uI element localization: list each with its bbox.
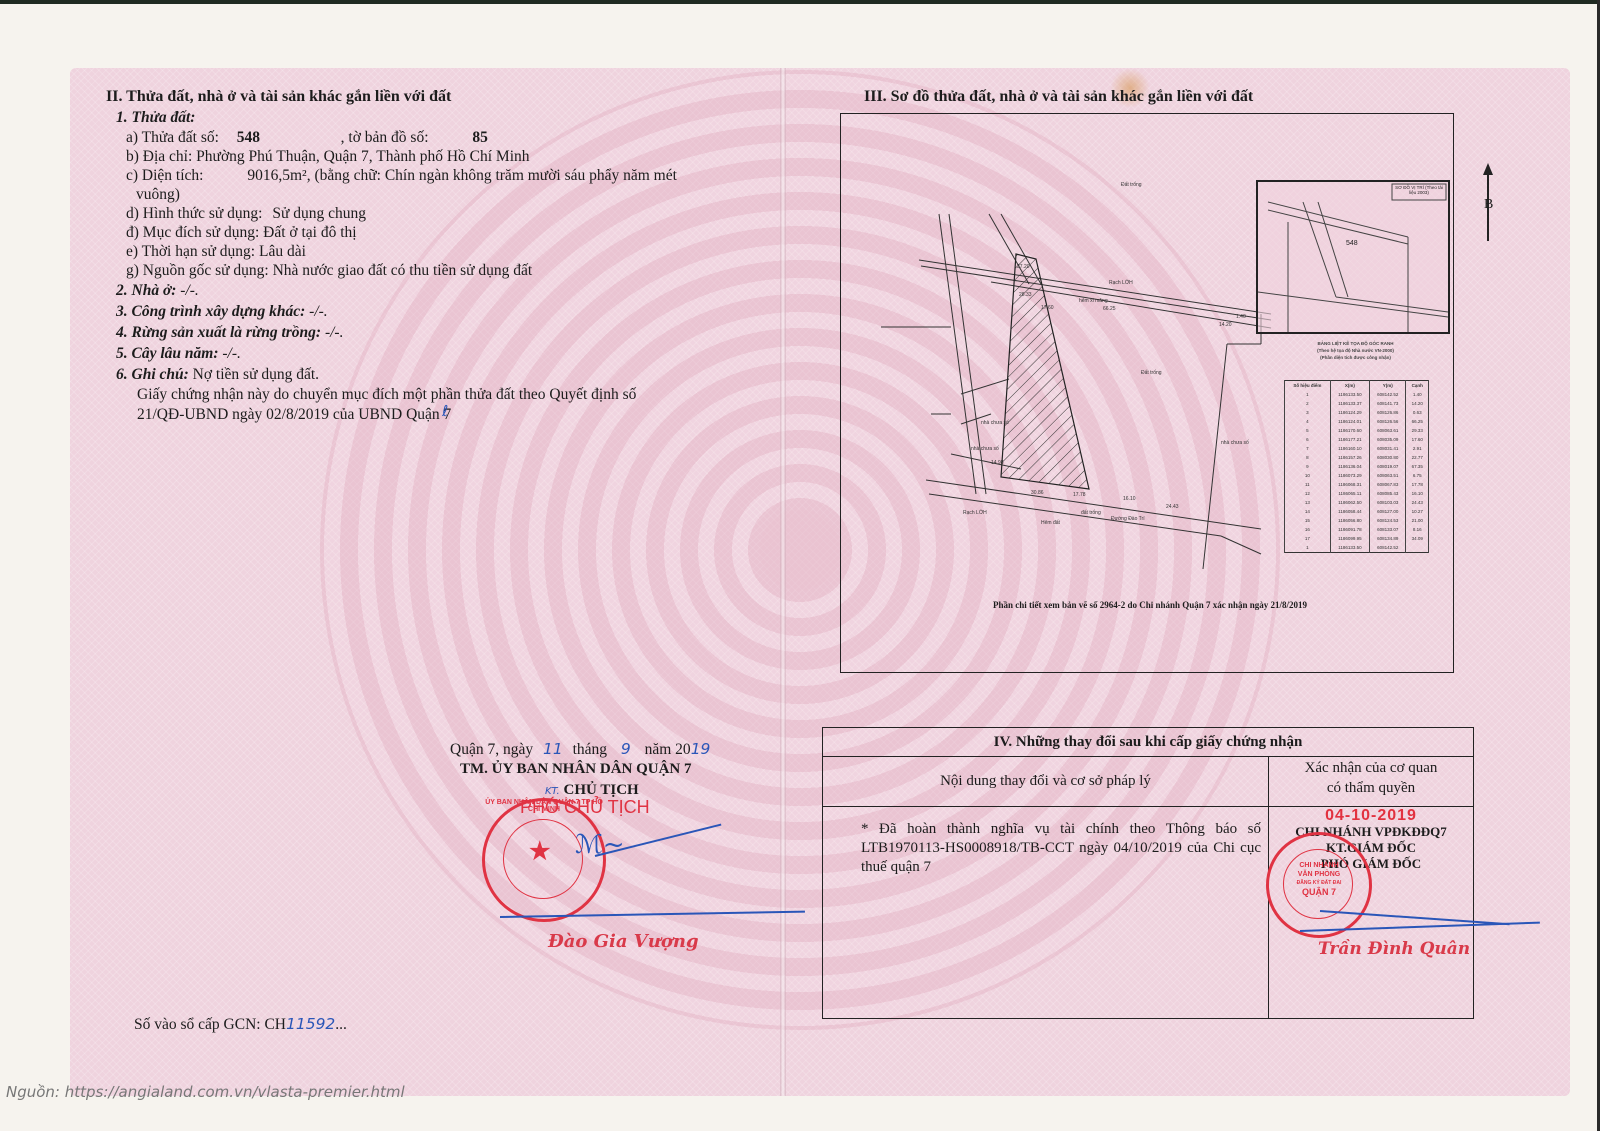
col-x: X(m): [1330, 381, 1369, 391]
coord-y: 608030.80: [1370, 453, 1406, 462]
coord-point: 14: [1285, 507, 1331, 516]
house-row: 2. Nhà ở: -/-.: [116, 281, 199, 300]
notes-detail-2: 21/QĐ-UBND ngày 02/8/2019 của UBND Quận …: [137, 405, 451, 424]
location-inset-map: SƠ ĐỒ VỊ TRÍ (Theo tài liệu 2003) 548: [1256, 180, 1450, 334]
coord-edge: 8.16: [1406, 525, 1429, 534]
coord-y: 608126.86: [1370, 408, 1406, 417]
coord-x: 1186062.50: [1330, 498, 1369, 507]
coord-table-title: BẢNG LIỆT KÊ TỌA ĐỘ GÓC RANH: [1288, 340, 1423, 347]
coord-row: 171186099.95608134.8934.09: [1285, 534, 1429, 543]
date-month: 9: [611, 740, 641, 758]
coord-edge: 6.75: [1406, 471, 1429, 480]
coord-y: 608133.07: [1370, 525, 1406, 534]
coord-row: 71186160.10608031.412.91: [1285, 444, 1429, 453]
coord-edge: 29.33: [1406, 426, 1429, 435]
coord-row: 81186157.26608030.8022.77: [1285, 453, 1429, 462]
coord-point: 4: [1285, 417, 1331, 426]
other-construction-label: 3. Công trình xây dựng khác:: [116, 303, 305, 320]
land-heading: 1. Thửa đất:: [116, 108, 195, 127]
coord-row: 21186133.37608141.7314.20: [1285, 399, 1429, 408]
perennial-row: 5. Cây lâu năm: -/-.: [116, 344, 241, 363]
address-row: b) Địa chỉ: Phường Phú Thuận, Quận 7, Th…: [126, 147, 530, 166]
coord-edge: 34.09: [1406, 534, 1429, 543]
registry-label: Số vào sổ cấp GCN: CH: [134, 1016, 286, 1033]
coord-x: 1186160.10: [1330, 444, 1369, 453]
use-purpose-label: đ) Mục đích sử dụng:: [126, 224, 259, 241]
use-purpose-row: đ) Mục đích sử dụng: Đất ở tại đô thị: [126, 223, 357, 242]
coord-x: 1186133.50: [1330, 390, 1369, 399]
parcel-label: a) Thửa đất số:: [126, 129, 219, 146]
area-value-cont: vuông): [136, 185, 180, 204]
coord-edge: 21.00: [1406, 516, 1429, 525]
coord-point: 3: [1285, 408, 1331, 417]
date-year: 19: [691, 740, 711, 758]
svg-text:nhà chưa số: nhà chưa số: [981, 420, 1009, 426]
coord-row: 121186065.11608085.4316.10: [1285, 489, 1429, 498]
address-value: Phường Phú Thuận, Quận 7, Thành phố Hồ C…: [196, 148, 529, 165]
coord-row: 11186133.50608142.52: [1285, 543, 1429, 553]
coord-x: 1186091.78: [1330, 525, 1369, 534]
other-construction-value: -/-.: [309, 303, 328, 320]
seal-text: ỦY BAN NHÂN DÂN QUẬN 7 TP HỒ CHÍ MINH: [485, 799, 603, 813]
coord-x: 1186068.31: [1330, 480, 1369, 489]
coord-edge: 1.40: [1406, 390, 1429, 399]
coord-x: 1186056.80: [1330, 516, 1369, 525]
coord-x: 1186170.60: [1330, 426, 1369, 435]
house-value: -/-.: [180, 282, 199, 299]
coord-point: 12: [1285, 489, 1331, 498]
page-fold: [780, 68, 786, 1096]
coord-point: 2: [1285, 399, 1331, 408]
coord-table-subtitle: (Theo hệ tọa độ Nhà nước VN-2000): [1288, 347, 1423, 354]
map-label-road-top: Rạch LỚH: [1109, 279, 1133, 286]
area-label: c) Diện tích:: [126, 167, 203, 184]
coord-x: 1186124.01: [1330, 417, 1369, 426]
forest-row: 4. Rừng sản xuất là rừng trồng: -/-.: [116, 323, 343, 342]
coord-x: 1186065.11: [1330, 489, 1369, 498]
coord-edge: 16.10: [1406, 489, 1429, 498]
coord-edge: 24.43: [1406, 498, 1429, 507]
svg-text:37.20: 37.20: [1017, 264, 1030, 270]
svg-text:hẻm xi măng: hẻm xi măng: [1079, 298, 1108, 304]
coord-y: 608063.51: [1370, 471, 1406, 480]
svg-text:14.20: 14.20: [1219, 322, 1232, 328]
col-authority-line2: có thẩm quyền: [1269, 778, 1473, 798]
coord-edge: 67.35: [1406, 462, 1429, 471]
coord-edge: 66.25: [1406, 417, 1429, 426]
coord-point: 8: [1285, 453, 1331, 462]
seal-line-4: QUẬN 7: [1289, 888, 1349, 897]
svg-text:1.40: 1.40: [1236, 314, 1246, 320]
svg-text:30.86: 30.86: [1031, 490, 1044, 496]
map-sheet-number: 85: [432, 129, 488, 146]
parcel-row: a) Thửa đất số: 548 , tờ bản đồ số: 85: [126, 128, 488, 147]
svg-text:66.25: 66.25: [1103, 306, 1116, 312]
registry-number: 11592: [286, 1015, 335, 1033]
use-form-row: d) Hình thức sử dụng: Sử dụng chung: [126, 204, 366, 223]
perennial-label: 5. Cây lâu năm:: [116, 345, 218, 362]
coord-point: 1: [1285, 390, 1331, 399]
col-authority-header: Xác nhận của cơ quan có thẩm quyền: [1269, 758, 1473, 798]
coordinate-table: Số hiệu điểm X(m) Y(m) Cạnh 11186133.506…: [1284, 380, 1429, 553]
star-icon: ★: [529, 837, 551, 866]
col-point: Số hiệu điểm: [1285, 381, 1331, 391]
use-purpose-value: Đất ở tại đô thị: [263, 224, 356, 241]
date-month-label: tháng: [573, 741, 607, 758]
svg-text:Rạch LỚH: Rạch LỚH: [963, 509, 987, 516]
changes-title: IV. Những thay đổi sau khi cấp giấy chứn…: [823, 728, 1473, 757]
notes-row: 6. Ghi chú: Nợ tiền sử dụng đất.: [116, 365, 319, 384]
date-day: 11: [537, 740, 569, 758]
coord-point: 15: [1285, 516, 1331, 525]
coord-point: 1: [1285, 543, 1331, 553]
coord-x: 1186058.44: [1330, 507, 1369, 516]
coord-x: 1186177.21: [1330, 435, 1369, 444]
other-construction-row: 3. Công trình xây dựng khác: -/-.: [116, 302, 328, 321]
coord-row: 131186062.50608103.0324.43: [1285, 498, 1429, 507]
coord-table-body: 11186133.50608142.521.4021186133.3760814…: [1285, 390, 1429, 553]
coord-y: 608085.43: [1370, 489, 1406, 498]
issuing-authority: TM. ỦY BAN NHÂN DÂN QUẬN 7: [460, 760, 692, 779]
signer-name: Đào Gia Vượng: [548, 932, 699, 951]
origin-row: g) Nguồn gốc sử dụng: Nhà nước giao đất …: [126, 261, 532, 280]
notes-detail-1: Giấy chứng nhận này do chuyển mục đích m…: [137, 385, 636, 404]
coord-y: 608124.53: [1370, 516, 1406, 525]
svg-text:14.98: 14.98: [991, 460, 1004, 466]
coord-y: 608142.52: [1370, 390, 1406, 399]
coord-y: 608063.61: [1370, 426, 1406, 435]
scan-top-edge: [0, 0, 1600, 4]
signer-title: CHỦ TỊCH: [564, 782, 639, 798]
district-seal: ★ ỦY BAN NHÂN DÂN QUẬN 7 TP HỒ CHÍ MINH: [482, 798, 606, 922]
use-form-value: Sử dụng chung: [266, 205, 366, 222]
coord-table-caption: BẢNG LIỆT KÊ TỌA ĐỘ GÓC RANH (Theo hệ tọ…: [1288, 340, 1423, 361]
coord-point: 10: [1285, 471, 1331, 480]
issue-date: Quận 7, ngày 11 tháng 9 năm 2019: [450, 740, 710, 759]
notes-value: Nợ tiền sử dụng đất.: [193, 366, 319, 383]
coord-edge: 14.20: [1406, 399, 1429, 408]
coord-row: 11186133.50608142.521.40: [1285, 390, 1429, 399]
parcel-number: 548: [223, 128, 337, 147]
coord-y: 608019.07: [1370, 462, 1406, 471]
coord-row: 91186136.04608019.0767.35: [1285, 462, 1429, 471]
inset-parcel-number: 548: [1346, 240, 1358, 247]
col-y: Y(m): [1370, 381, 1406, 391]
coord-y: 608127.00: [1370, 507, 1406, 516]
coord-x: 1186133.50: [1330, 543, 1369, 553]
coord-edge: 10.27: [1406, 507, 1429, 516]
coord-point: 11: [1285, 480, 1331, 489]
address-label: b) Địa chỉ:: [126, 148, 192, 165]
coord-edge: 2.91: [1406, 444, 1429, 453]
coord-row: 41186124.01608126.5666.25: [1285, 417, 1429, 426]
coord-y: 608141.73: [1370, 399, 1406, 408]
coord-point: 16: [1285, 525, 1331, 534]
coord-y: 608103.03: [1370, 498, 1406, 507]
coord-point: 5: [1285, 426, 1331, 435]
svg-text:nhà chưa số: nhà chưa số: [1221, 440, 1249, 446]
registry-row: Số vào sổ cấp GCN: CH11592...: [134, 1015, 347, 1034]
notes-label: 6. Ghi chú:: [116, 366, 189, 383]
coord-edge: 17.78: [1406, 480, 1429, 489]
svg-text:17.78: 17.78: [1073, 492, 1086, 498]
north-label: B: [1484, 195, 1493, 214]
coord-y: 608035.09: [1370, 435, 1406, 444]
coord-row: 51186170.60608063.6129.33: [1285, 426, 1429, 435]
signature-scribble: ℳ~: [575, 836, 625, 855]
section-ii-title: II. Thửa đất, nhà ở và tài sản khác gắn …: [106, 87, 451, 106]
handwritten-initial: ℓ: [442, 402, 448, 421]
coord-point: 17: [1285, 534, 1331, 543]
svg-text:16.10: 16.10: [1123, 496, 1136, 502]
forest-label: 4. Rừng sản xuất là rừng trồng:: [116, 324, 321, 341]
seal-line-1: CHI NHÁNH: [1289, 861, 1349, 870]
coord-point: 13: [1285, 498, 1331, 507]
coord-row: 61186177.21608035.0917.60: [1285, 435, 1429, 444]
area-row: c) Diện tích: 9016,5m², (bằng chữ: Chín …: [126, 166, 677, 185]
col-edge: Cạnh: [1406, 381, 1429, 391]
coord-row: 141186058.44608127.0010.27: [1285, 507, 1429, 516]
registry-signer-name: Trần Đình Quân: [1318, 940, 1470, 959]
forest-value: -/-.: [325, 324, 344, 341]
coord-x: 1186133.37: [1330, 399, 1369, 408]
date-prefix: Quận 7, ngày: [450, 741, 533, 758]
inset-title: SƠ ĐỒ VỊ TRÍ (Theo tài liệu 2003): [1392, 185, 1446, 195]
origin-value: Nhà nước giao đất có thu tiền sử dụng đấ…: [273, 262, 533, 279]
coord-edge: [1406, 543, 1429, 553]
signer-prefix: KT.: [545, 786, 560, 797]
seal-lines: CHI NHÁNH VĂN PHÒNG ĐĂNG KÝ ĐẤT ĐAI QUẬN…: [1289, 861, 1349, 897]
coord-edge: 22.77: [1406, 453, 1429, 462]
changes-table: IV. Những thay đổi sau khi cấp giấy chứn…: [822, 727, 1474, 1019]
use-term-row: e) Thời hạn sử dụng: Lâu dài: [126, 242, 306, 261]
coord-x: 1186124.29: [1330, 408, 1369, 417]
coord-y: 608134.89: [1370, 534, 1406, 543]
perennial-value: -/-.: [222, 345, 241, 362]
source-caption: Nguồn: https://angialand.com.vn/vlasta-p…: [6, 1083, 405, 1101]
stamp-date: 04-10-2019: [1269, 808, 1473, 824]
coord-edge: 17.60: [1406, 435, 1429, 444]
coord-table-header: Số hiệu điểm X(m) Y(m) Cạnh: [1285, 381, 1429, 391]
coord-x: 1186073.29: [1330, 471, 1369, 480]
col-content-header: Nội dung thay đổi và cơ sở pháp lý: [823, 756, 1268, 806]
coord-row: 101186073.29608063.516.75: [1285, 471, 1429, 480]
svg-text:17.60: 17.60: [1041, 305, 1054, 311]
coord-y: 608142.52: [1370, 543, 1406, 553]
coord-x: 1186136.04: [1330, 462, 1369, 471]
svg-text:nhà chưa số: nhà chưa số: [971, 446, 999, 452]
svg-text:đất trống: đất trống: [1081, 510, 1101, 516]
coord-y: 608031.41: [1370, 444, 1406, 453]
use-term-value: Lâu dài: [259, 243, 306, 260]
coord-row: 31186124.29608126.860.63: [1285, 408, 1429, 417]
coord-row: 151186056.80608124.5321.00: [1285, 516, 1429, 525]
svg-text:Đất trống: Đất trống: [1141, 370, 1162, 376]
coord-x: 1186099.95: [1330, 534, 1369, 543]
registry-office-seal: CHI NHÁNH VĂN PHÒNG ĐĂNG KÝ ĐẤT ĐAI QUẬN…: [1266, 832, 1372, 938]
coord-y: 608067.83: [1370, 480, 1406, 489]
house-label: 2. Nhà ở:: [116, 282, 176, 299]
coord-y: 608126.56: [1370, 417, 1406, 426]
svg-text:Hẻm đất: Hẻm đất: [1041, 520, 1061, 526]
coord-point: 6: [1285, 435, 1331, 444]
origin-label: g) Nguồn gốc sử dụng:: [126, 262, 269, 279]
svg-text:Đường Đào Trí: Đường Đào Trí: [1111, 516, 1145, 522]
section-iii-title: III. Sơ đồ thửa đất, nhà ở và tài sản kh…: [864, 87, 1253, 106]
svg-text:28.33: 28.33: [1019, 292, 1032, 298]
use-form-label: d) Hình thức sử dụng:: [126, 205, 263, 222]
site-plan-caption: Phần chi tiết xem bản vẽ số 2964-2 do Ch…: [870, 600, 1430, 610]
coord-row: 111186068.31608067.8317.78: [1285, 480, 1429, 489]
col-authority-line1: Xác nhận của cơ quan: [1269, 758, 1473, 778]
map-sheet-label: , tờ bản đồ số:: [341, 129, 429, 146]
svg-text:Đất trống: Đất trống: [1121, 182, 1142, 188]
change-entry: * Đã hoàn thành nghĩa vụ tài chính theo …: [861, 820, 1261, 877]
coord-table-note: (Phần diện tích được công nhận): [1288, 354, 1423, 361]
coord-row: 161186091.78608133.078.16: [1285, 525, 1429, 534]
coord-point: 9: [1285, 462, 1331, 471]
date-year-label: năm 20: [645, 741, 691, 758]
seal-line-2: VĂN PHÒNG: [1289, 870, 1349, 879]
coord-edge: 0.63: [1406, 408, 1429, 417]
coord-point: 7: [1285, 444, 1331, 453]
coord-x: 1186157.26: [1330, 453, 1369, 462]
use-term-label: e) Thời hạn sử dụng:: [126, 243, 255, 260]
svg-text:24.43: 24.43: [1166, 504, 1179, 510]
area-value: 9016,5m², (bằng chữ: Chín ngàn không tră…: [207, 167, 677, 184]
